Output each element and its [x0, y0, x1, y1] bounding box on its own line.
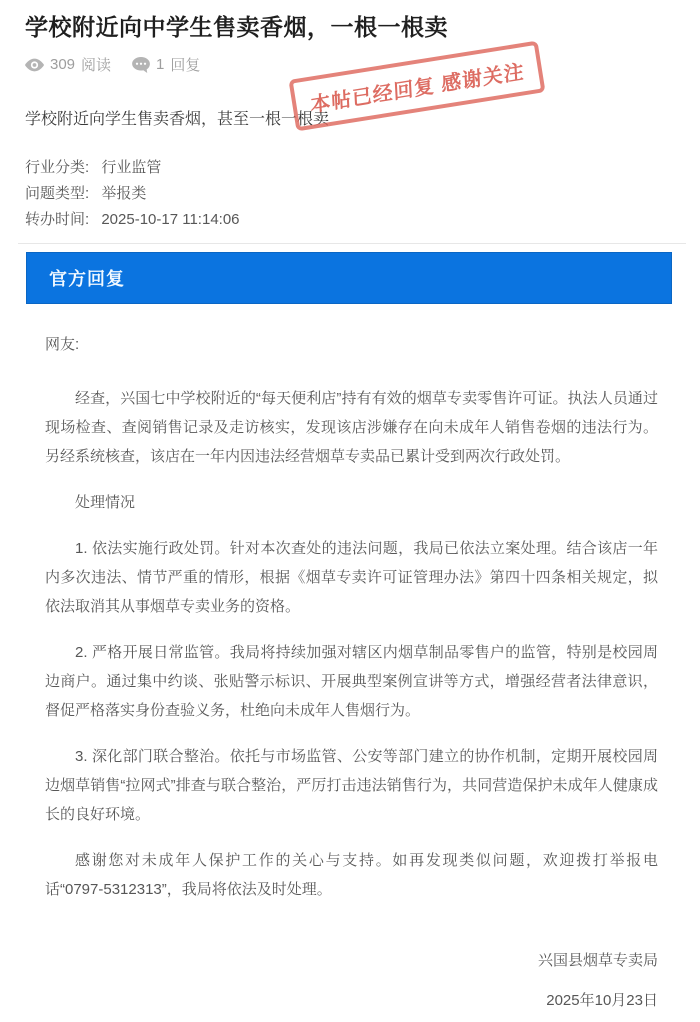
post-section: 学校附近向中学生售卖香烟，一根一根卖 309 阅读 1: [0, 0, 700, 233]
post-stats: 309 阅读 1 回复: [25, 54, 675, 75]
post-title: 学校附近向中学生售卖香烟，一根一根卖: [25, 12, 675, 42]
reply-signature: 兴国县烟草专卖局: [45, 950, 658, 972]
views-count: 309: [50, 56, 75, 73]
replies-count: 1: [156, 56, 164, 73]
meta-label: 问题类型:: [25, 185, 89, 202]
meta-label: 行业分类:: [25, 159, 89, 176]
reply-date: 2025年10月23日: [45, 990, 658, 1012]
replies-label: 回复: [170, 54, 200, 75]
views-label: 阅读: [81, 54, 111, 75]
reply-paragraph: 1. 依法实施行政处罚。针对本次查处的违法问题，我局已依法立案处理。结合该店一年…: [45, 534, 658, 621]
official-reply-banner: 官方回复: [26, 252, 672, 304]
reply-paragraph: 3. 深化部门联合整治。依托与市场监管、公安等部门建立的协作机制，定期开展校园周…: [45, 742, 658, 829]
meta-value: 行业监管: [101, 159, 161, 176]
meta-label: 转办时间:: [25, 211, 89, 228]
section-divider: [18, 243, 686, 244]
post-meta: 行业分类: 行业监管 问题类型: 举报类 转办时间: 2025-10-17 11…: [25, 155, 675, 233]
eye-icon: [25, 58, 44, 72]
reply-paragraph: 处理情况: [45, 488, 658, 517]
reply-paragraph: 经查，兴国七中学校附近的“每天便利店”持有有效的烟草专卖零售许可证。执法人员通过…: [45, 384, 658, 471]
official-reply-banner-label: 官方回复: [49, 265, 125, 291]
replies-stat: 1 回复: [132, 54, 200, 75]
views-stat: 309 阅读: [25, 54, 111, 75]
official-reply-body: 网友: 经查，兴国七中学校附近的“每天便利店”持有有效的烟草专卖零售许可证。执法…: [0, 304, 700, 1012]
meta-row-industry: 行业分类: 行业监管: [25, 155, 675, 181]
comment-bubble-icon: [132, 57, 150, 73]
meta-row-transfer-time: 转办时间: 2025-10-17 11:14:06: [25, 207, 675, 233]
reply-salutation: 网友:: [45, 334, 658, 356]
reply-paragraph: 感谢您对未成年人保护工作的关心与支持。如再发现类似问题，欢迎拨打举报电话“079…: [45, 846, 658, 904]
complaint-page: 学校附近向中学生售卖香烟，一根一根卖 309 阅读 1: [0, 0, 700, 1022]
meta-row-problem-type: 问题类型: 举报类: [25, 181, 675, 207]
post-body: 学校附近向学生售卖香烟，甚至一根一根卖: [25, 109, 675, 131]
meta-value: 举报类: [101, 185, 146, 202]
meta-value: 2025-10-17 11:14:06: [101, 211, 239, 228]
reply-paragraph: 2. 严格开展日常监管。我局将持续加强对辖区内烟草制品零售户的监管，特别是校园周…: [45, 638, 658, 725]
